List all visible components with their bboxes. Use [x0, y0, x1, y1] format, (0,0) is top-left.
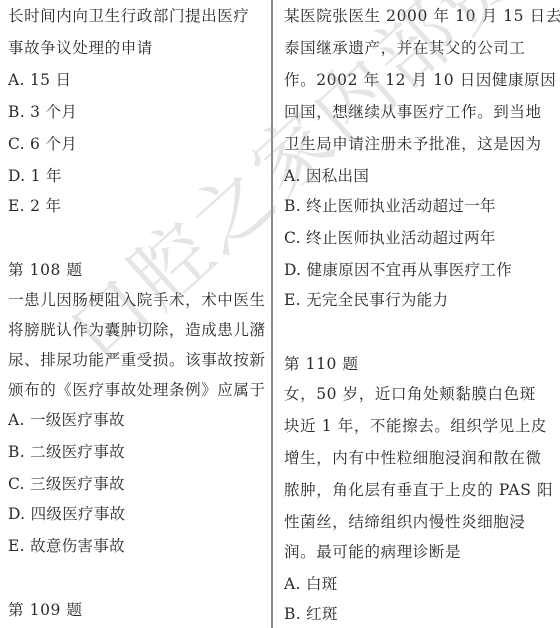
q109-option-b: B. 终止医师执业活动超过一年 [284, 196, 496, 216]
q110-stem-line: 增生，内有中性粒细胞浸润和散在微 [284, 448, 542, 468]
q110-stem-line: 女，50 岁，近口角处颊黏膜白色斑 [284, 384, 536, 404]
q107-option-e: E. 2 年 [8, 196, 61, 216]
q108-option-c: C. 三级医疗事故 [8, 474, 125, 494]
q108-option-d: D. 四级医疗事故 [8, 504, 125, 524]
q109-option-d: D. 健康原因不宜再从事医疗工作 [284, 260, 512, 280]
q109-option-a: A. 因私出国 [284, 166, 369, 186]
q110-stem-line: 性菌丝，结缔组织内慢性炎细胞浸 [284, 512, 526, 532]
q109-stem-line: 卫生局申请注册未予批准，这是因为 [284, 134, 542, 154]
q110-stem-line: 块近 1 年，不能擦去。组织学见上皮 [284, 416, 547, 436]
q108-option-b: B. 二级医疗事故 [8, 442, 125, 462]
q110-stem-line: 脓肿，角化层有垂直于上皮的 PAS 阳 [284, 480, 553, 500]
q110-title: 第 110 题 [284, 354, 359, 374]
q107-option-c: C. 6 个月 [8, 134, 77, 154]
exam-page: 长时间内向卫生行政部门提出医疗 事故争议处理的申请 A. 15 日 B. 3 个… [0, 0, 560, 628]
column-divider [271, 0, 273, 628]
q108-title: 第 108 题 [8, 260, 83, 280]
q109-stem-line: 泰国继承遗产，并在其父的公司工 [284, 38, 526, 58]
q107-option-d: D. 1 年 [8, 166, 62, 186]
q107-option-b: B. 3 个月 [8, 102, 77, 122]
q108-option-e: E. 故意伤害事故 [8, 536, 125, 556]
q110-stem-line: 润。最可能的病理诊断是 [284, 542, 461, 562]
q109-option-c: C. 终止医师执业活动超过两年 [284, 228, 496, 248]
q107-stem-line: 事故争议处理的申请 [8, 38, 153, 58]
q107-option-a: A. 15 日 [8, 70, 71, 90]
q109-stem-line: 回国，想继续从事医疗工作。到当地 [284, 102, 542, 122]
q108-stem-line: 颁布的《医疗事故处理条例》应属于 [8, 380, 266, 400]
q107-stem-line: 长时间内向卫生行政部门提出医疗 [8, 6, 250, 26]
q108-stem-line: 将膀胱认作为囊肿切除，造成患儿潴 [8, 320, 266, 340]
q109-option-e: E. 无完全民事行为能力 [284, 290, 448, 310]
q108-option-a: A. 一级医疗事故 [8, 410, 125, 430]
q109-title: 第 109 题 [8, 600, 83, 620]
q109-stem-line: 某医院张医生 2000 年 10 月 15 日去 [284, 6, 560, 26]
q108-stem-line: 尿、排尿功能严重受损。该事故按新 [8, 350, 266, 370]
q109-stem-line: 作。2002 年 12 月 10 日因健康原因 [284, 70, 556, 90]
q108-stem-line: 一患儿因肠梗阻入院手术，术中医生 [8, 290, 266, 310]
q110-option-a: A. 白斑 [284, 574, 338, 594]
q110-option-b: B. 红斑 [284, 604, 338, 624]
